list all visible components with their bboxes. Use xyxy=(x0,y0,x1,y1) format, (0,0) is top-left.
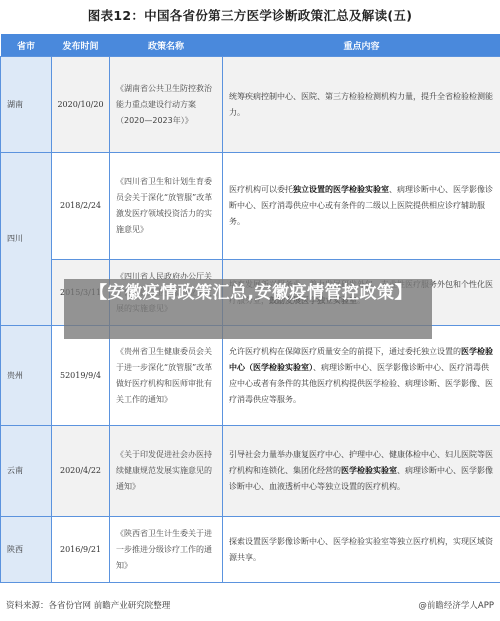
headline-overlay-text[interactable]: 【安徽疫情政策汇总,安徽疫情管控政策】 xyxy=(46,281,456,305)
content-cell: 医疗机构可以委托独立设置的医学检验实验室、病理诊断中心、医学影像诊断中心、医疗消… xyxy=(223,153,500,260)
chart-title: 图表12：中国各省份第三方医学诊断政策汇总及解读(五) xyxy=(0,6,500,24)
header-province: 省市 xyxy=(1,34,52,57)
policy-name-cell: 《湖南省公共卫生防控救治能力重点建设行动方案（2020—2023年）》 xyxy=(110,57,223,153)
policy-name-cell: 《陕西省卫生计生委关于进一步推进分级诊疗工作的通知》 xyxy=(110,517,223,583)
province-cell: 四川 xyxy=(1,153,52,326)
content-cell: 允许医疗机构在保障医疗质量安全的前提下，通过委托独立设置的医学检验中心（医学检验… xyxy=(223,326,500,426)
policy-name-cell: 《贵州省卫生健康委员会关于进一步深化“放管服”改革做好医疗机构和医师审批有关工作… xyxy=(110,326,223,426)
table-row: 陕西 2016/9/21 《陕西省卫生计生委关于进一步推进分级诊疗工作的通知》 … xyxy=(1,517,500,583)
content-cell: 探索设置医学影像诊断中心、医学检验实验室等独立医疗机构，实现区域资源共享。 xyxy=(223,517,500,583)
table-row: 贵州 52019/9/4 《贵州省卫生健康委员会关于进一步深化“放管服”改革做好… xyxy=(1,326,500,426)
table-header-row: 省市 发布时间 政策名称 重点内容 xyxy=(1,34,500,57)
date-cell: 2020/10/20 xyxy=(52,57,110,153)
province-cell: 湖南 xyxy=(1,57,52,153)
content-highlight: 医学检验实验室 xyxy=(341,466,397,475)
content-text: 允许医疗机构在保障医疗质量安全的前提下，通过委托独立设置的 xyxy=(229,347,461,356)
content-cell: 统筹疾病控制中心、医院、第三方检验检测机构力量，提升全省检验检测能力。 xyxy=(223,57,500,153)
source-note: 资料来源：各省份官网 前瞻产业研究院整理 xyxy=(6,599,170,611)
content-text: 探索设置医学影像诊断中心、医学检验实验室等独立医疗机构，实现区域资源共享。 xyxy=(229,537,493,562)
province-cell: 陕西 xyxy=(1,517,52,583)
credit-note: @前瞻经济学人APP xyxy=(418,599,494,611)
header-policy: 政策名称 xyxy=(110,34,223,57)
content-text: 医疗机构可以委托 xyxy=(229,185,293,194)
province-cell: 云南 xyxy=(1,426,52,517)
header-content: 重点内容 xyxy=(223,34,500,57)
content-cell: 引导社会力量举办康复医疗中心、护理中心、健康体检中心、妇儿医院等医疗机构和连锁化… xyxy=(223,426,500,517)
policy-name-cell: 《四川省卫生和计划生育委员会关于深化“放管服”改革激发医疗领域投资活力的实施意见… xyxy=(110,153,223,260)
province-cell: 贵州 xyxy=(1,326,52,426)
table-row: 云南 2020/4/22 《关于印发促进社会办医持续健康规范发展实施意见的通知》… xyxy=(1,426,500,517)
policy-name-cell: 《关于印发促进社会办医持续健康规范发展实施意见的通知》 xyxy=(110,426,223,517)
table-row: 湖南 2020/10/20 《湖南省公共卫生防控救治能力重点建设行动方案（202… xyxy=(1,57,500,153)
content-highlight: 独立设置的医学检验实验室 xyxy=(293,185,389,194)
date-cell: 2018/2/24 xyxy=(52,153,110,260)
date-cell: 52019/9/4 xyxy=(52,326,110,426)
date-cell: 2016/9/21 xyxy=(52,517,110,583)
date-cell: 2020/4/22 xyxy=(52,426,110,517)
header-date: 发布时间 xyxy=(52,34,110,57)
content-text: 统筹疾病控制中心、医院、第三方检验检测机构力量，提升全省检验检测能力。 xyxy=(229,92,493,117)
table-row: 四川 2018/2/24 《四川省卫生和计划生育委员会关于深化“放管服”改革激发… xyxy=(1,153,500,260)
